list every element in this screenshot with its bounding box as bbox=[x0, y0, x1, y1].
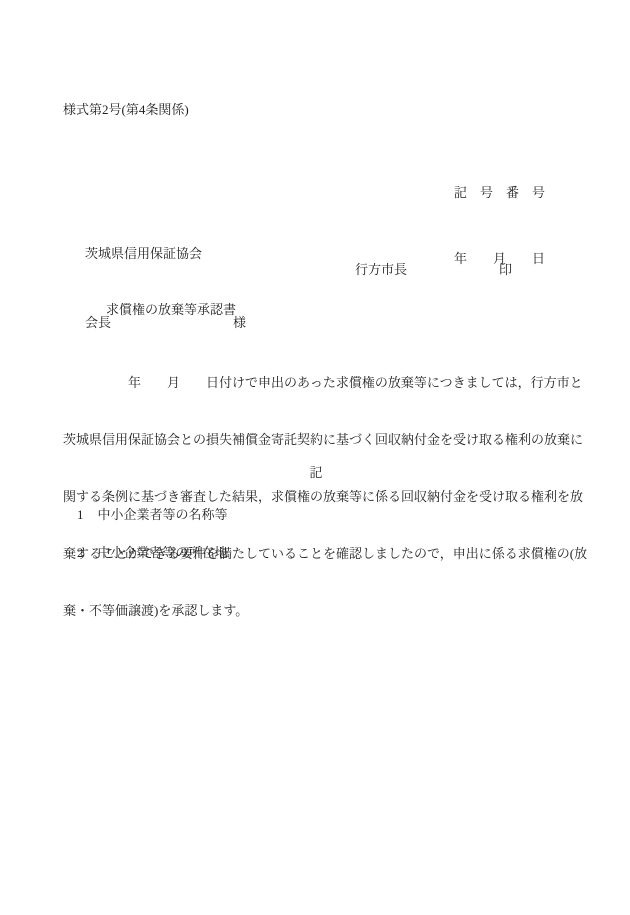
list-item-1: 1 中小企業者等の名称等 bbox=[77, 506, 228, 524]
document-title: 求償権の放棄等承認書 bbox=[106, 301, 236, 319]
body-line-3: 関する条例に基づき審査した結果，求償権の放棄等に係る回収納付金を受け取る権利を放 bbox=[63, 486, 571, 507]
seal-mark: 印 bbox=[499, 261, 512, 279]
sender-name: 行方市長 bbox=[355, 261, 407, 279]
document-page: 様式第2号(第4条関係) 記 号 番 号 年 月 日 茨城県信用保証協会 会長 … bbox=[0, 0, 630, 915]
item-number: 2 bbox=[77, 544, 84, 562]
list-marker: 記 bbox=[63, 464, 569, 482]
sender-line: 行方市長 印 bbox=[355, 261, 512, 279]
item-label: 中小企業者等の所在地 bbox=[98, 544, 228, 562]
item-label: 中小企業者等の名称等 bbox=[98, 506, 228, 524]
body-paragraph: 年 月 日付けで申出のあった求償権の放棄等につきましては，行方市と 茨城県信用保… bbox=[63, 336, 571, 657]
body-line-5: 棄・不等価譲渡)を承認します。 bbox=[63, 600, 571, 621]
reference-number-line: 記 号 番 号 bbox=[454, 182, 545, 204]
form-number: 様式第2号(第4条関係) bbox=[63, 101, 189, 119]
body-line-1: 年 月 日付けで申出のあった求償権の放棄等につきましては，行方市と bbox=[63, 372, 571, 393]
list-item-2: 2 中小企業者等の所在地 bbox=[77, 544, 228, 562]
addressee-organization: 茨城県信用保証協会 bbox=[85, 242, 246, 265]
reference-block: 記 号 番 号 年 月 日 bbox=[454, 138, 545, 314]
item-number: 1 bbox=[77, 506, 84, 524]
body-line-2: 茨城県信用保証協会との損失補償金寄託契約に基づく回収納付金を受け取る権利の放棄に bbox=[63, 429, 571, 450]
